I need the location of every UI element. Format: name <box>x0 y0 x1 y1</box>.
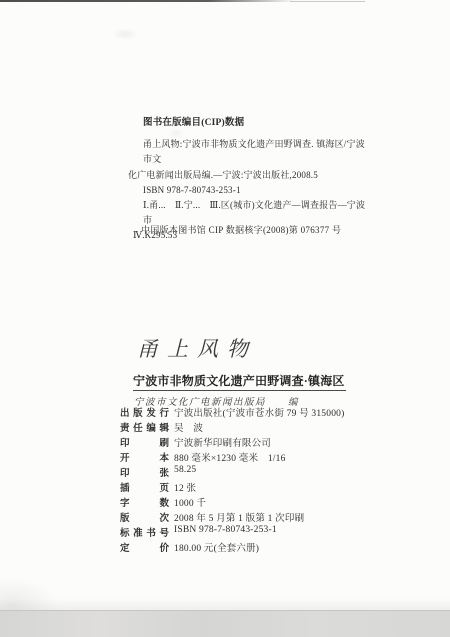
scanner-background-band <box>0 610 450 637</box>
scanned-copyright-page: 图书在版编目(CIP)数据 甬上风物:宁波市非物质文化遗产田野调查. 镇海区/宁… <box>0 0 450 637</box>
colophon-value: 12 张 <box>174 480 196 494</box>
colophon-value: 吴 波 <box>174 420 203 434</box>
colophon-label: 印刷 <box>120 435 169 449</box>
colophon-table: 出版发行 宁波出版社(宁波市苍水街 79 号 315000) 责任编辑 吴 波 … <box>120 405 344 555</box>
colophon-row-printer: 印刷 宁波新华印刷有限公司 <box>120 435 344 450</box>
colophon-row-publisher: 出版发行 宁波出版社(宁波市苍水街 79 号 315000) <box>120 405 344 420</box>
book-subtitle: 宁波市非物质文化遗产田野调查·镇海区 <box>133 372 345 389</box>
colophon-label: 责任编辑 <box>120 420 169 434</box>
colophon-label: 字数 <box>120 495 169 509</box>
subtitle-underline <box>133 390 346 391</box>
colophon-row-price: 定价 180.00 元(全套六册) <box>120 540 344 555</box>
colophon-value: 180.00 元(全套六册) <box>174 540 259 554</box>
colophon-value: 880 毫米×1230 毫米 1/16 <box>174 450 286 464</box>
scan-edge-artifact <box>0 0 296 2</box>
colophon-label: 印张 <box>120 465 169 479</box>
colophon-value: 1000 千 <box>174 495 206 509</box>
colophon-label: 版次 <box>120 510 169 524</box>
cip-header: 图书在版编目(CIP)数据 <box>128 116 368 131</box>
cip-line-1: 甬上风物:宁波市非物质文化遗产田野调查. 镇海区/宁波市文 <box>128 137 368 167</box>
cip-line-2: 化广电新闻出版局编.—宁波:宁波出版社,2008.5 <box>128 168 368 183</box>
cip-record-number: 中国版本图书馆 CIP 数据核字(2008)第 076377 号 <box>141 223 341 236</box>
colophon-row-edition: 版次 2008 年 5 月第 1 版第 1 次印刷 <box>120 510 344 525</box>
colophon-row-wordcount: 字数 1000 千 <box>120 495 344 510</box>
colophon-value: ISBN 978-7-80743-253-1 <box>174 525 277 535</box>
colophon-row-editor: 责任编辑 吴 波 <box>120 420 344 435</box>
colophon-row-format: 开本 880 毫米×1230 毫米 1/16 <box>120 450 344 465</box>
cip-line-isbn: ISBN 978-7-80743-253-1 <box>128 183 368 198</box>
colophon-label: 插页 <box>120 480 169 494</box>
colophon-value: 宁波新华印刷有限公司 <box>174 435 271 449</box>
colophon-label: 标准书号 <box>120 525 169 539</box>
colophon-label: 开本 <box>120 450 169 464</box>
page-bottom-shadow <box>0 598 450 610</box>
scan-edge-artifact-faint <box>290 1 365 2</box>
colophon-row-inserts: 插页 12 张 <box>120 480 344 495</box>
colophon-value: 宁波出版社(宁波市苍水街 79 号 315000) <box>174 405 344 419</box>
book-title-calligraphy: 甬上风物 <box>137 336 257 362</box>
colophon-row-sheets: 印张 58.25 <box>120 465 344 480</box>
colophon-label: 定价 <box>120 540 169 554</box>
colophon-row-isbn: 标准书号 ISBN 978-7-80743-253-1 <box>120 525 344 540</box>
scan-smudge <box>112 28 138 40</box>
colophon-value: 58.25 <box>174 465 196 475</box>
colophon-label: 出版发行 <box>120 405 169 419</box>
colophon-value: 2008 年 5 月第 1 版第 1 次印刷 <box>174 510 304 524</box>
